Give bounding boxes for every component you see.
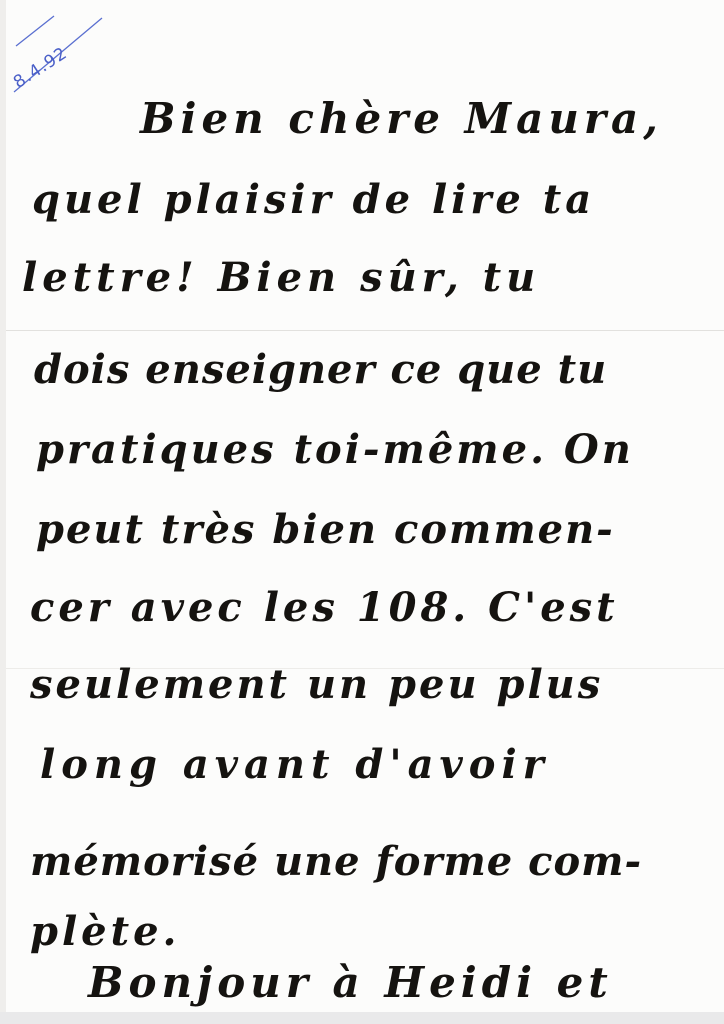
letter-line: pratiques toi-même. On (36, 430, 634, 470)
date-annotation: 8.4.92 (2, 8, 112, 88)
scan-bottom-edge (0, 1012, 724, 1024)
letter-line: seulement un peu plus (30, 665, 603, 705)
letter-line: mémorisé une forme com- (30, 842, 642, 882)
letter-line: plète. (30, 912, 180, 952)
letter-line: peut très bien commen- (36, 510, 615, 550)
letter-line: quel plaisir de lire ta (32, 180, 595, 220)
letter-line: dois enseigner ce que tu (34, 350, 607, 390)
paper-fold-line (6, 330, 724, 331)
letter-line-closing: Bonjour à Heidi et (88, 962, 613, 1004)
letter-line: long avant d'avoir (40, 745, 550, 785)
letter-line: cer avec les 108. C'est (30, 588, 619, 628)
letter-line-salutation: Bien chère Maura, (140, 98, 663, 140)
letter-line: lettre! Bien sûr, tu (22, 258, 540, 298)
